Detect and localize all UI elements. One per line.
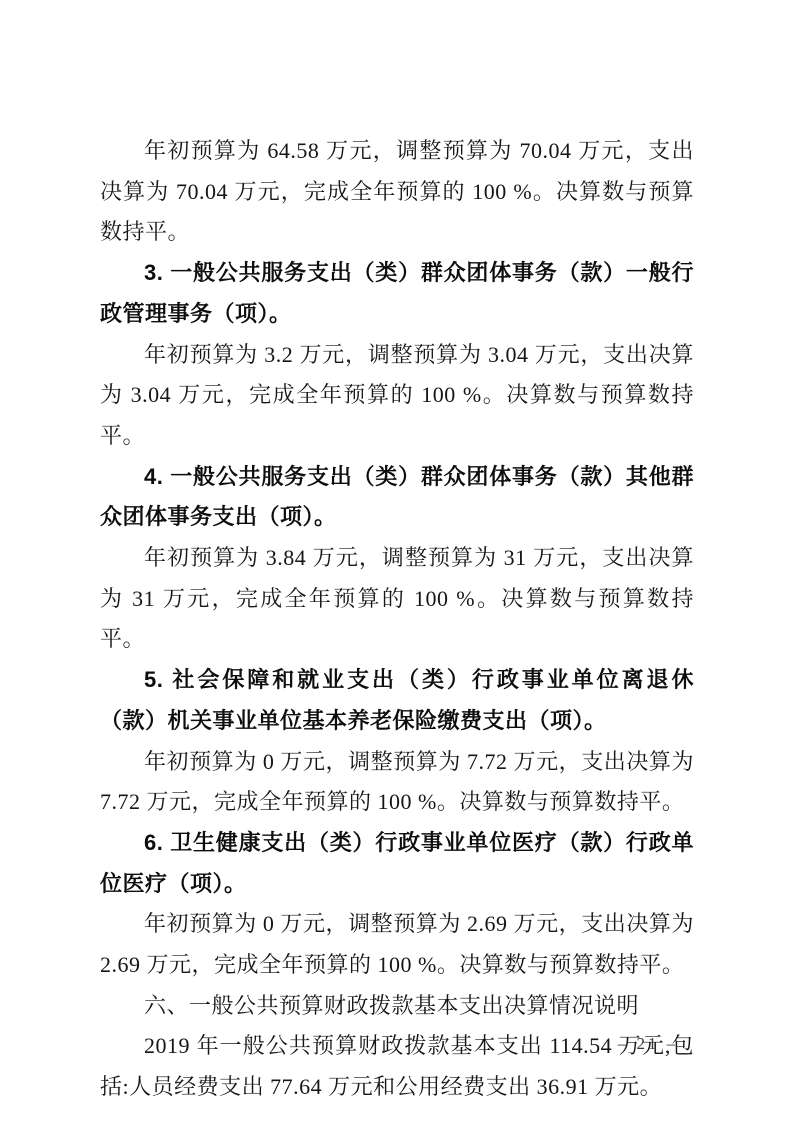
heading-item-5: 5. 社会保障和就业支出（类）行政事业单位离退休（款）机关事业单位基本养老保险缴… xyxy=(100,660,694,741)
paragraph-item-4-figures: 年初预算为 3.84 万元，调整预算为 31 万元，支出决算为 31 万元，完成… xyxy=(100,538,694,660)
paragraph-item-5-figures: 年初预算为 0 万元，调整预算为 7.72 万元，支出决算为 7.72 万元，完… xyxy=(100,742,694,823)
heading-item-4: 4. 一般公共服务支出（类）群众团体事务（款）其他群众团体事务支出（项）。 xyxy=(100,457,694,538)
document-page: 年初预算为 64.58 万元，调整预算为 70.04 万元，支出决算为 70.0… xyxy=(0,0,793,1122)
paragraph-item-3-figures: 年初预算为 3.2 万元，调整预算为 3.04 万元，支出决算为 3.04 万元… xyxy=(100,335,694,457)
paragraph-item-2-figures: 年初预算为 64.58 万元，调整预算为 70.04 万元，支出决算为 70.0… xyxy=(100,131,694,253)
paragraph-item-6-figures: 年初预算为 0 万元，调整预算为 2.69 万元，支出决算为 2.69 万元，完… xyxy=(100,904,694,985)
heading-item-3: 3. 一般公共服务支出（类）群众团体事务（款）一般行政管理事务（项）。 xyxy=(100,253,694,334)
page-number: – 21 – xyxy=(596,1033,700,1055)
section-heading-basic-expenditure: 六、一般公共预算财政拨款基本支出决算情况说明 xyxy=(100,986,694,1027)
heading-item-6: 6. 卫生健康支出（类）行政事业单位医疗（款）行政单位医疗（项）。 xyxy=(100,823,694,904)
document-content: 年初预算为 64.58 万元，调整预算为 70.04 万元，支出决算为 70.0… xyxy=(100,131,694,1108)
